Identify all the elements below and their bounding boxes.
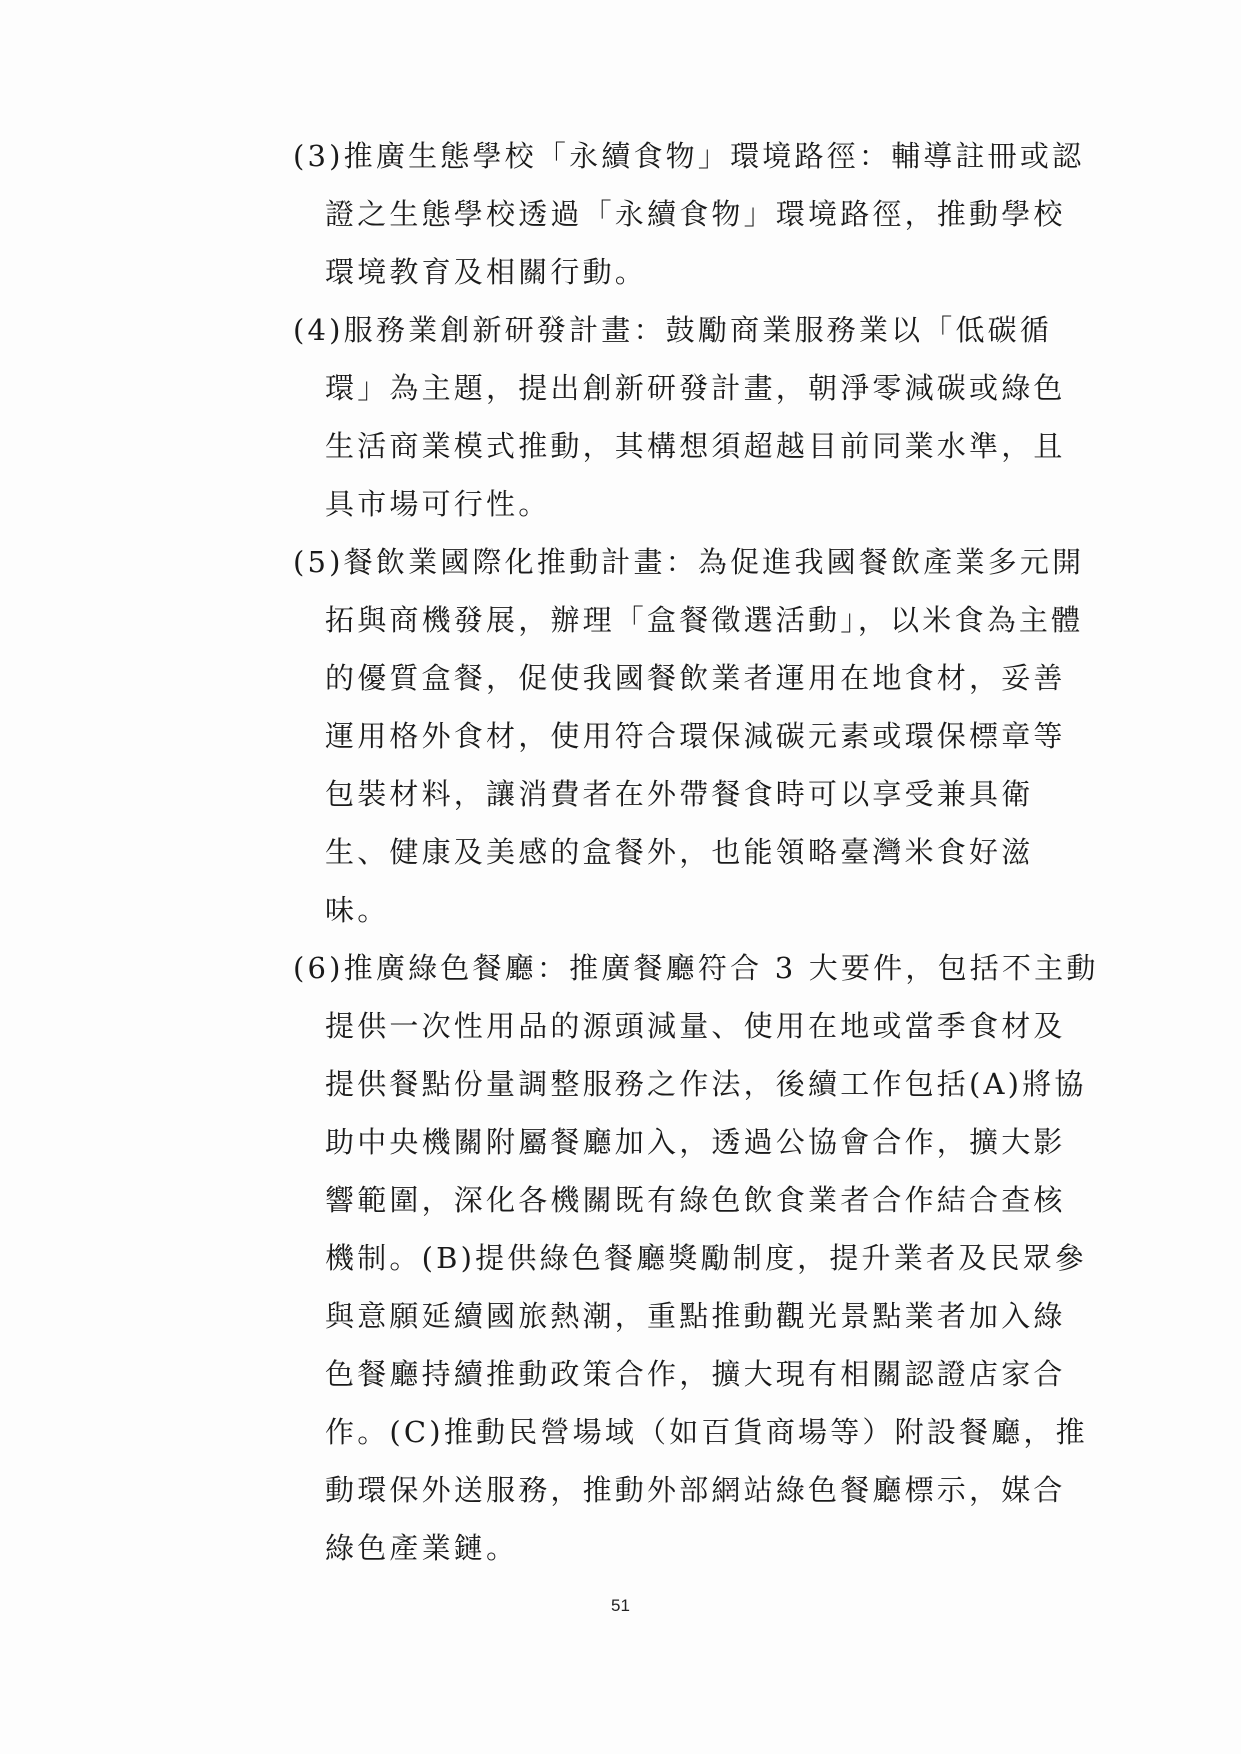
text-line: 提供餐點份量調整服務之作法，後續工作包括(A)將協: [293, 1055, 1123, 1113]
text-line: 證之生態學校透過「永續食物」環境路徑，推動學校: [293, 185, 1123, 243]
text-line: 具市場可行性。: [293, 475, 1123, 533]
text-line: 環」為主題，提出創新研發計畫，朝淨零減碳或綠色: [293, 359, 1123, 417]
page-content: (3)推廣生態學校「永續食物」環境路徑：輔導註冊或認 證之生態學校透過「永續食物…: [293, 127, 1123, 1577]
text-line: 的優質盒餐，促使我國餐飲業者運用在地食材，妥善: [293, 649, 1123, 707]
text-line: (4)服務業創新研發計畫：鼓勵商業服務業以「低碳循: [293, 301, 1123, 359]
document-page: (3)推廣生態學校「永續食物」環境路徑：輔導註冊或認 證之生態學校透過「永續食物…: [0, 0, 1241, 1754]
text-line: 環境教育及相關行動。: [293, 243, 1123, 301]
text-line: 響範圍，深化各機關既有綠色飲食業者合作結合查核: [293, 1171, 1123, 1229]
text-line: 動環保外送服務，推動外部網站綠色餐廳標示，媒合: [293, 1461, 1123, 1519]
text-line: 與意願延續國旅熱潮，重點推動觀光景點業者加入綠: [293, 1287, 1123, 1345]
text-line: (5)餐飲業國際化推動計畫：為促進我國餐飲產業多元開: [293, 533, 1123, 591]
text-line: 綠色產業鏈。: [293, 1519, 1123, 1577]
text-line: 色餐廳持續推動政策合作，擴大現有相關認證店家合: [293, 1345, 1123, 1403]
text-line: 助中央機關附屬餐廳加入，透過公協會合作，擴大影: [293, 1113, 1123, 1171]
list-item-5: (5)餐飲業國際化推動計畫：為促進我國餐飲產業多元開 拓與商機發展，辦理「盒餐徵…: [293, 533, 1123, 939]
text-line: 味。: [293, 881, 1123, 939]
text-line: 生、健康及美感的盒餐外，也能領略臺灣米食好滋: [293, 823, 1123, 881]
text-line: 作。(C)推動民營場域（如百貨商場等）附設餐廳，推: [293, 1403, 1123, 1461]
text-line: 運用格外食材，使用符合環保減碳元素或環保標章等: [293, 707, 1123, 765]
list-item-4: (4)服務業創新研發計畫：鼓勵商業服務業以「低碳循 環」為主題，提出創新研發計畫…: [293, 301, 1123, 533]
text-line: (3)推廣生態學校「永續食物」環境路徑：輔導註冊或認: [293, 127, 1123, 185]
text-line: 生活商業模式推動，其構想須超越目前同業水準，且: [293, 417, 1123, 475]
list-item-3: (3)推廣生態學校「永續食物」環境路徑：輔導註冊或認 證之生態學校透過「永續食物…: [293, 127, 1123, 301]
text-line: (6)推廣綠色餐廳：推廣餐廳符合 3 大要件，包括不主動: [293, 939, 1123, 997]
page-number: 51: [0, 1596, 1241, 1616]
text-line: 拓與商機發展，辦理「盒餐徵選活動」，以米食為主體: [293, 591, 1123, 649]
text-line: 包裝材料，讓消費者在外帶餐食時可以享受兼具衛: [293, 765, 1123, 823]
list-item-6: (6)推廣綠色餐廳：推廣餐廳符合 3 大要件，包括不主動 提供一次性用品的源頭減…: [293, 939, 1123, 1577]
text-line: 機制。(B)提供綠色餐廳獎勵制度，提升業者及民眾參: [293, 1229, 1123, 1287]
text-line: 提供一次性用品的源頭減量、使用在地或當季食材及: [293, 997, 1123, 1055]
